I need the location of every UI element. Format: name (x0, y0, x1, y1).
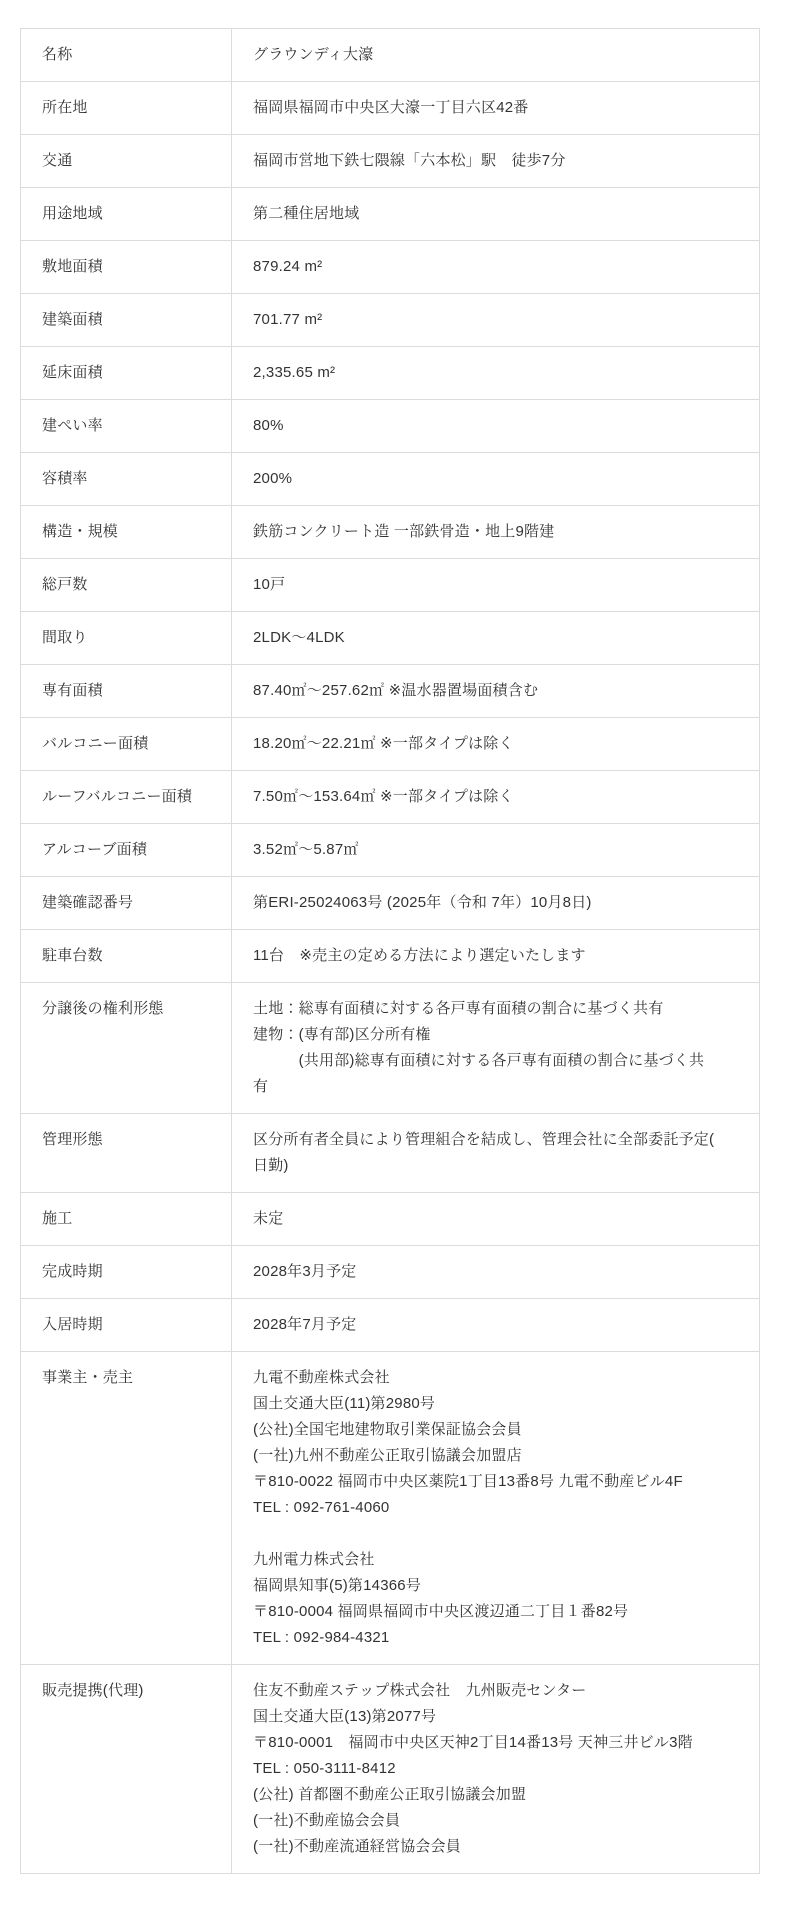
row-label-cell: 建ぺい率 (21, 400, 232, 453)
row-value-cell: 200% (232, 453, 760, 506)
row-value-cell: 11台 ※売主の定める方法により選定いたします (232, 930, 760, 983)
row-value-cell: 未定 (232, 1193, 760, 1246)
row-value-cell: 2028年7月予定 (232, 1299, 760, 1352)
table-row: 用途地域第二種住居地域 (21, 188, 760, 241)
row-value-cell: 879.24 m² (232, 241, 760, 294)
row-label-cell: 専有面積 (21, 665, 232, 718)
table-row: 専有面積87.40㎡〜257.62㎡ ※温水器置場面積含む (21, 665, 760, 718)
row-label-cell: 事業主・売主 (21, 1352, 232, 1665)
row-label-cell: 用途地域 (21, 188, 232, 241)
row-label-cell: ルーフバルコニー面積 (21, 771, 232, 824)
row-label-cell: 施工 (21, 1193, 232, 1246)
row-value-cell: 九電不動産株式会社 国土交通大臣(11)第2980号 (公社)全国宅地建物取引業… (232, 1352, 760, 1665)
row-label-cell: 総戸数 (21, 559, 232, 612)
table-row: 駐車台数11台 ※売主の定める方法により選定いたします (21, 930, 760, 983)
table-row: 完成時期2028年3月予定 (21, 1246, 760, 1299)
row-label-cell: 構造・規模 (21, 506, 232, 559)
table-row: 施工未定 (21, 1193, 760, 1246)
row-value-cell: 福岡市営地下鉄七隈線「六本松」駅 徒歩7分 (232, 135, 760, 188)
table-row: 敷地面積879.24 m² (21, 241, 760, 294)
row-value-cell: 2,335.65 m² (232, 347, 760, 400)
property-spec-section: 名称グラウンディ大濠所在地福岡県福岡市中央区大濠一丁目六区42番交通福岡市営地下… (20, 28, 760, 1874)
table-row: 建ぺい率80% (21, 400, 760, 453)
row-label-cell: 敷地面積 (21, 241, 232, 294)
table-row: 名称グラウンディ大濠 (21, 29, 760, 82)
row-value-cell: 区分所有者全員により管理組合を結成し、管理会社に全部委託予定( 日勤) (232, 1114, 760, 1193)
row-label-cell: アルコーブ面積 (21, 824, 232, 877)
table-row: 延床面積2,335.65 m² (21, 347, 760, 400)
table-row: 建築面積701.77 m² (21, 294, 760, 347)
row-label-cell: 分譲後の権利形態 (21, 983, 232, 1114)
row-value-cell: 土地：総専有面積に対する各戸専有面積の割合に基づく共有 建物：(専有部)区分所有… (232, 983, 760, 1114)
row-value-cell: グラウンディ大濠 (232, 29, 760, 82)
table-row: ルーフバルコニー面積7.50㎡〜153.64㎡ ※一部タイプは除く (21, 771, 760, 824)
row-label-cell: 名称 (21, 29, 232, 82)
property-spec-table: 名称グラウンディ大濠所在地福岡県福岡市中央区大濠一丁目六区42番交通福岡市営地下… (20, 28, 760, 1874)
table-row: 建築確認番号第ERI-25024063号 (2025年（令和 7年）10月8日) (21, 877, 760, 930)
row-value-cell: 7.50㎡〜153.64㎡ ※一部タイプは除く (232, 771, 760, 824)
row-value-cell: 87.40㎡〜257.62㎡ ※温水器置場面積含む (232, 665, 760, 718)
row-label-cell: 所在地 (21, 82, 232, 135)
table-row: 総戸数10戸 (21, 559, 760, 612)
row-value-cell: 住友不動産ステップ株式会社 九州販売センター 国土交通大臣(13)第2077号 … (232, 1665, 760, 1874)
row-label-cell: バルコニー面積 (21, 718, 232, 771)
row-value-cell: 701.77 m² (232, 294, 760, 347)
table-row: バルコニー面積18.20㎡〜22.21㎡ ※一部タイプは除く (21, 718, 760, 771)
row-value-cell: 10戸 (232, 559, 760, 612)
row-label-cell: 容積率 (21, 453, 232, 506)
row-label-cell: 入居時期 (21, 1299, 232, 1352)
table-row: 事業主・売主九電不動産株式会社 国土交通大臣(11)第2980号 (公社)全国宅… (21, 1352, 760, 1665)
row-label-cell: 駐車台数 (21, 930, 232, 983)
row-label-cell: 管理形態 (21, 1114, 232, 1193)
row-value-cell: 2LDK〜4LDK (232, 612, 760, 665)
table-row: 入居時期2028年7月予定 (21, 1299, 760, 1352)
row-value-cell: 第二種住居地域 (232, 188, 760, 241)
row-value-cell: 80% (232, 400, 760, 453)
row-label-cell: 延床面積 (21, 347, 232, 400)
table-row: 容積率200% (21, 453, 760, 506)
row-value-cell: 福岡県福岡市中央区大濠一丁目六区42番 (232, 82, 760, 135)
row-value-cell: 第ERI-25024063号 (2025年（令和 7年）10月8日) (232, 877, 760, 930)
table-row: 分譲後の権利形態土地：総専有面積に対する各戸専有面積の割合に基づく共有 建物：(… (21, 983, 760, 1114)
row-label-cell: 建築面積 (21, 294, 232, 347)
row-value-cell: 18.20㎡〜22.21㎡ ※一部タイプは除く (232, 718, 760, 771)
row-label-cell: 建築確認番号 (21, 877, 232, 930)
row-label-cell: 完成時期 (21, 1246, 232, 1299)
row-label-cell: 販売提携(代理) (21, 1665, 232, 1874)
table-row: 間取り2LDK〜4LDK (21, 612, 760, 665)
table-row: 管理形態区分所有者全員により管理組合を結成し、管理会社に全部委託予定( 日勤) (21, 1114, 760, 1193)
table-row: 構造・規模鉄筋コンクリート造 一部鉄骨造・地上9階建 (21, 506, 760, 559)
row-value-cell: 2028年3月予定 (232, 1246, 760, 1299)
table-row: アルコーブ面積3.52㎡〜5.87㎡ (21, 824, 760, 877)
row-value-cell: 3.52㎡〜5.87㎡ (232, 824, 760, 877)
property-spec-table-body: 名称グラウンディ大濠所在地福岡県福岡市中央区大濠一丁目六区42番交通福岡市営地下… (21, 29, 760, 1874)
table-row: 販売提携(代理)住友不動産ステップ株式会社 九州販売センター 国土交通大臣(13… (21, 1665, 760, 1874)
row-label-cell: 間取り (21, 612, 232, 665)
table-row: 所在地福岡県福岡市中央区大濠一丁目六区42番 (21, 82, 760, 135)
row-value-cell: 鉄筋コンクリート造 一部鉄骨造・地上9階建 (232, 506, 760, 559)
table-row: 交通福岡市営地下鉄七隈線「六本松」駅 徒歩7分 (21, 135, 760, 188)
row-label-cell: 交通 (21, 135, 232, 188)
